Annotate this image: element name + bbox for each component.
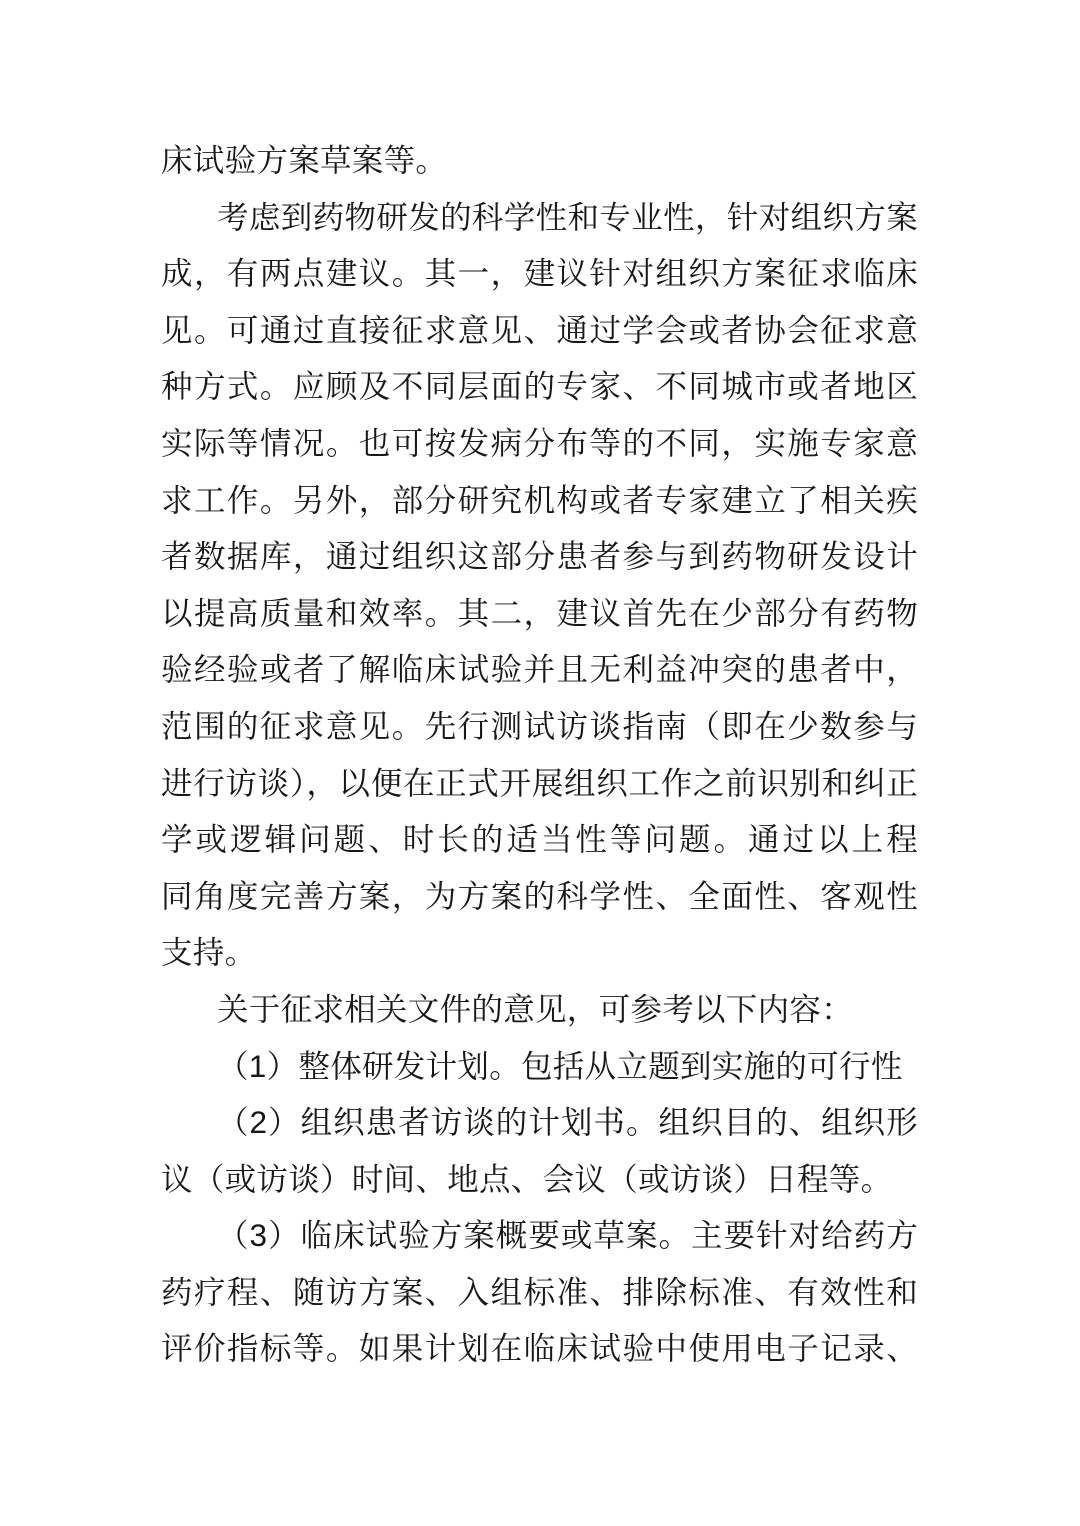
text-line: 考虑到药物研发的科学性和专业性，针对组织方案的形 [161,189,918,246]
text-line: 成，有两点建议。其一，建议针对组织方案征求临床专家意 [161,245,918,302]
text-line: 学或逻辑问题、时长的适当性等问题。通过以上程序，从不 [161,811,918,868]
document-body: 床试验方案草案等。考虑到药物研发的科学性和专业性，针对组织方案的形成，有两点建议… [161,132,918,1377]
text-line: 药疗程、随访方案、入组标准、排除标准、有效性和安全性 [161,1264,918,1321]
paragraph: 关于征求相关文件的意见，可参考以下内容： [161,981,918,1038]
text-line: （3）临床试验方案概要或草案。主要针对给药方式、给 [161,1207,918,1264]
paragraph: （3）临床试验方案概要或草案。主要针对给药方式、给药疗程、随访方案、入组标准、排… [161,1207,918,1377]
text-line: 关于征求相关文件的意见，可参考以下内容： [161,981,918,1038]
paragraph: 考虑到药物研发的科学性和专业性，针对组织方案的形成，有两点建议。其一，建议针对组… [161,189,918,981]
text-line: 实际等情况。也可按发病分布等的不同，实施专家意见的征 [161,415,918,472]
text-line: 议（或访谈）时间、地点、会议（或访谈）日程等。 [161,1151,918,1208]
text-line: 支持。 [161,924,918,981]
paragraph: （2）组织患者访谈的计划书。组织目的、组织形式、会议（或访谈）时间、地点、会议（… [161,1094,918,1207]
text-line: 见。可通过直接征求意见、通过学会或者协会征求意见等多 [161,302,918,359]
text-line: 以提高质量和效率。其二，建议首先在少部分有药物临床试 [161,585,918,642]
text-line: 范围的征求意见。先行测试访谈指南（即在少数参与患者中 [161,698,918,755]
text-line: 者数据库，通过组织这部分患者参与到药物研发设计中，可 [161,528,918,585]
text-line: 同角度完善方案，为方案的科学性、全面性、客观性等提供 [161,868,918,925]
text-line: 验经验或者了解临床试验并且无利益冲突的患者中，开展小 [161,641,918,698]
paragraph: （1）整体研发计划。包括从立题到实施的可行性等。 [161,1038,918,1095]
text-line: （2）组织患者访谈的计划书。组织目的、组织形式、会 [161,1094,918,1151]
text-line: 求工作。另外，部分研究机构或者专家建立了相关疾病的患 [161,472,918,529]
text-line: 床试验方案草案等。 [161,132,918,189]
text-line: 进行访谈），以便在正式开展组织工作之前识别和纠正方法 [161,755,918,812]
document-page: 床试验方案草案等。考虑到药物研发的科学性和专业性，针对组织方案的形成，有两点建议… [0,0,1080,1526]
text-line: 评价指标等。如果计划在临床试验中使用电子记录、穿戴设 [161,1320,918,1377]
text-line: （1）整体研发计划。包括从立题到实施的可行性等。 [161,1038,918,1095]
paragraph: 床试验方案草案等。 [161,132,918,189]
text-line: 种方式。应顾及不同层面的专家、不同城市或者地区的临床 [161,358,918,415]
